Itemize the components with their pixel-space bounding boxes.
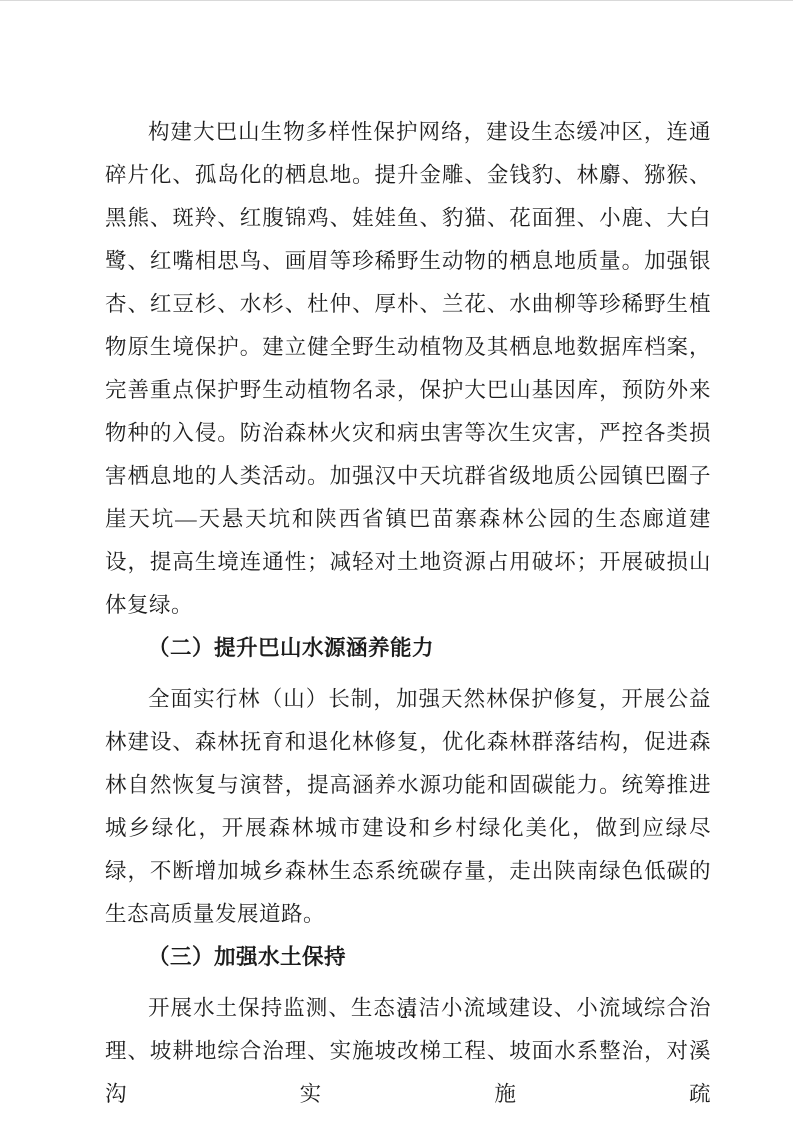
document-body: 构建大巴山生物多样性保护网络，建设生态缓冲区，连通碎片化、孤岛化的栖息地。提升金… bbox=[105, 111, 711, 1116]
page-number: 24 bbox=[105, 1003, 711, 1025]
section-heading-3-soil-conservation: （三）加强水土保持 bbox=[105, 936, 711, 979]
body-paragraph-forest: 全面实行林（山）长制，加强天然林保护修复，开展公益林建设、森林抚育和退化林修复，… bbox=[105, 678, 711, 936]
document-page: 构建大巴山生物多样性保护网络，建设生态缓冲区，连通碎片化、孤岛化的栖息地。提升金… bbox=[0, 0, 793, 1122]
section-heading-2-water-conservation: （二）提升巴山水源涵养能力 bbox=[105, 627, 711, 670]
body-paragraph-biodiversity: 构建大巴山生物多样性保护网络，建设生态缓冲区，连通碎片化、孤岛化的栖息地。提升金… bbox=[105, 111, 711, 627]
